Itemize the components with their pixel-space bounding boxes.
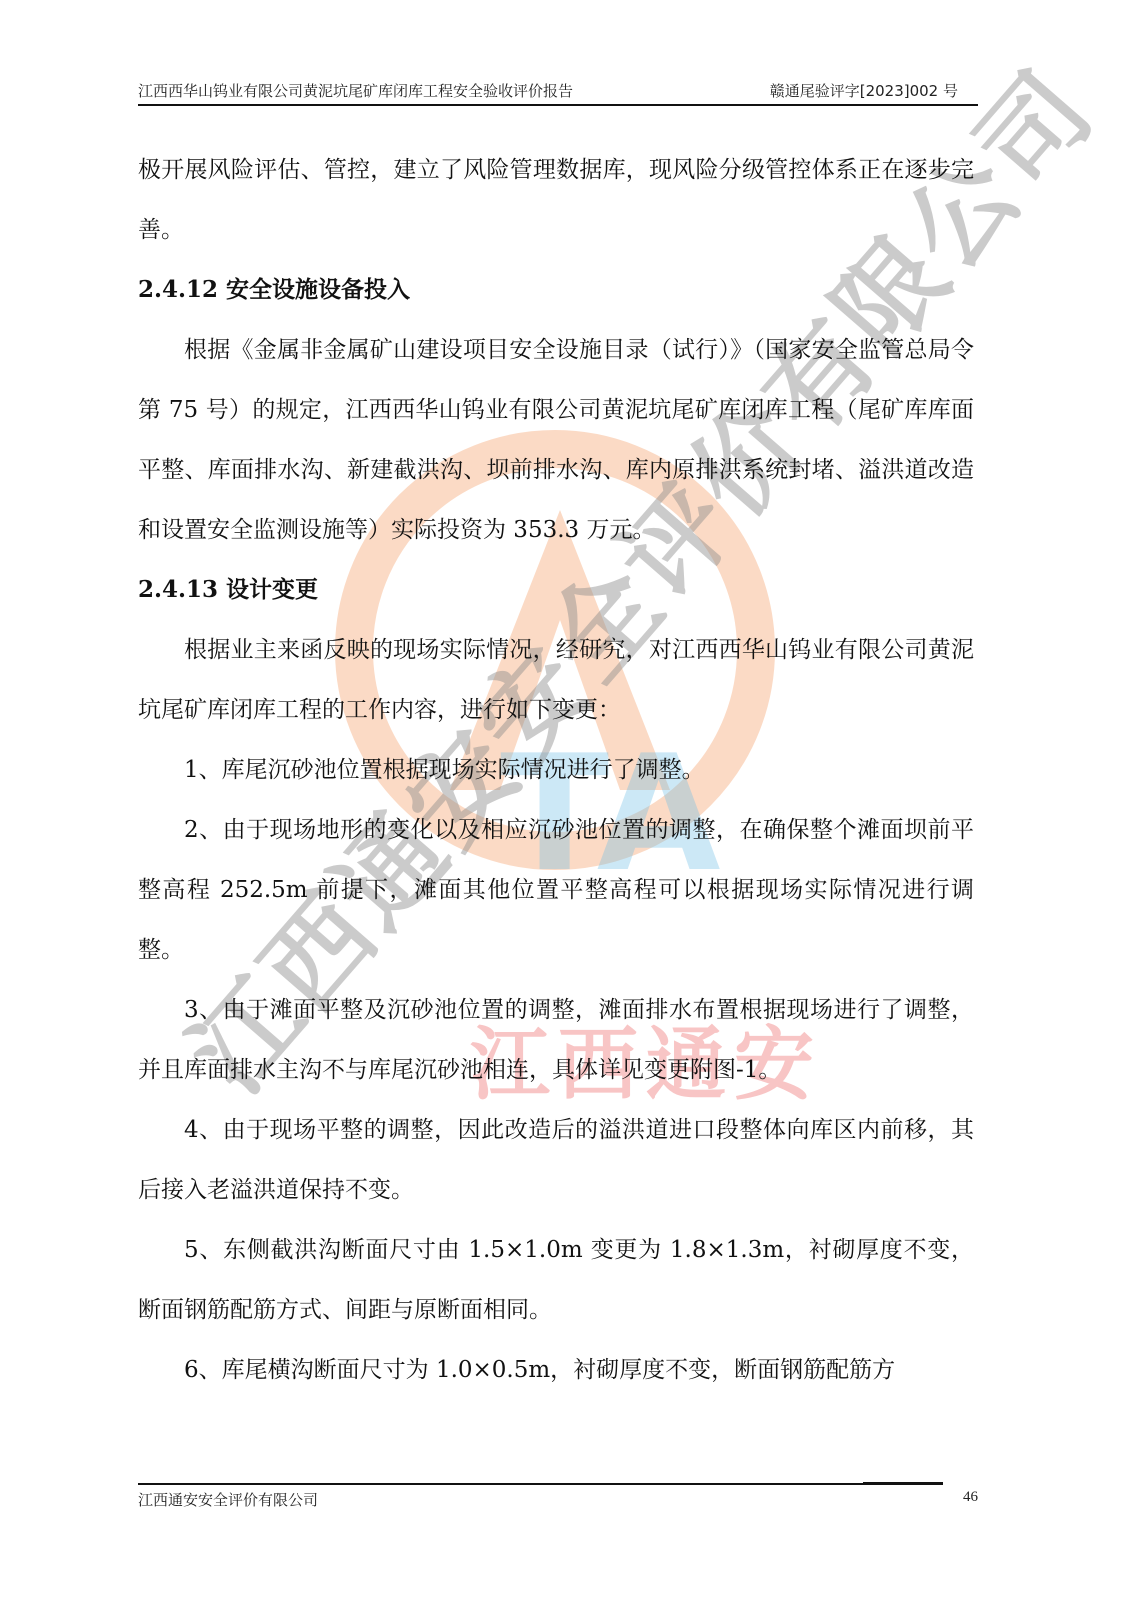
- change-item-1: 1、库尾沉砂池位置根据现场实际情况进行了调整。: [138, 740, 974, 800]
- page-header: 江西西华山钨业有限公司黄泥坑尾矿库闭库工程安全验收评价报告 赣通尾验评字[202…: [138, 80, 978, 102]
- continued-paragraph: 极开展风险评估、管控，建立了风险管理数据库，现风险分级管控体系正在逐步完善。: [138, 140, 974, 260]
- section-heading-2-4-12: 2.4.12 安全设施设备投入: [138, 260, 974, 320]
- footer-divider: [138, 1483, 943, 1485]
- footer-company: 江西通安安全评价有限公司: [138, 1491, 318, 1509]
- footer-divider-accent: [863, 1482, 943, 1485]
- page-content: 极开展风险评估、管控，建立了风险管理数据库，现风险分级管控体系正在逐步完善。 2…: [138, 140, 974, 1400]
- change-item-6: 6、库尾横沟断面尺寸为 1.0×0.5m，衬砌厚度不变，断面钢筋配筋方: [138, 1340, 974, 1400]
- section-heading-2-4-13: 2.4.13 设计变更: [138, 560, 974, 620]
- document-number: 赣通尾验评字[2023]002 号: [770, 80, 958, 101]
- change-item-5: 5、东侧截洪沟断面尺寸由 1.5×1.0m 变更为 1.8×1.3m，衬砌厚度不…: [138, 1220, 974, 1340]
- page-footer: 江西通安安全评价有限公司 46: [138, 1489, 978, 1510]
- change-item-2: 2、由于现场地形的变化以及相应沉砂池位置的调整，在确保整个滩面坝前平整高程 25…: [138, 800, 974, 980]
- safety-investment-paragraph: 根据《金属非金属矿山建设项目安全设施目录（试行）》（国家安全监管总局令第 75 …: [138, 320, 974, 560]
- change-item-3: 3、由于滩面平整及沉砂池位置的调整，滩面排水布置根据现场进行了调整，并且库面排水…: [138, 980, 974, 1100]
- report-title: 江西西华山钨业有限公司黄泥坑尾矿库闭库工程安全验收评价报告: [138, 80, 573, 101]
- page-number: 46: [963, 1489, 978, 1506]
- design-change-intro: 根据业主来函反映的现场实际情况，经研究，对江西西华山钨业有限公司黄泥坑尾矿库闭库…: [138, 620, 974, 740]
- header-divider: [138, 104, 978, 106]
- change-item-4: 4、由于现场平整的调整，因此改造后的溢洪道进口段整体向库区内前移，其后接入老溢洪…: [138, 1100, 974, 1220]
